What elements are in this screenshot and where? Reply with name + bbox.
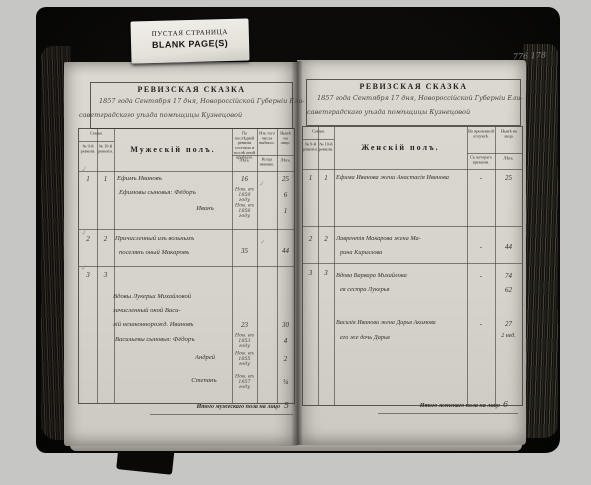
- birth-note: Нов. въ 1856 году: [233, 203, 256, 217]
- left-footer-total-label: Итого мужескаго пола на лицо: [150, 404, 280, 410]
- table-rule-horizontal: [303, 169, 522, 170]
- col-header-rev9: № 9-й ревизіи.: [303, 142, 318, 168]
- age-now: ¼: [277, 378, 294, 386]
- age-now: 44: [277, 247, 294, 255]
- age-previous: 23: [232, 321, 257, 329]
- person-name: Степанъ: [177, 377, 231, 385]
- person-name: его же дочь Дарья: [340, 334, 467, 341]
- age-now: 6: [277, 191, 294, 199]
- right-header-box: РЕВИЗСКАЯ СКАЗКА 1857 года Сентября 17 д…: [306, 79, 521, 126]
- birth-note: Нов. въ 1853 году: [233, 333, 256, 347]
- age-now: 62: [495, 286, 522, 294]
- person-name: поселянъ оный Макаровъ: [119, 249, 231, 257]
- col-header-away-since: Съ котораго времени.: [467, 155, 495, 169]
- family-no-10: 3: [97, 271, 114, 279]
- table-rule-horizontal: [303, 263, 522, 264]
- age-now: 25: [277, 175, 294, 183]
- col-header-prev-years: Лѣта.: [232, 158, 257, 170]
- family-no-9: 2: [303, 235, 318, 243]
- pencil-check-mark: ✓: [260, 238, 266, 246]
- person-name: зачисленный оной Васи-: [113, 307, 231, 315]
- family-no-9: 1: [79, 175, 97, 183]
- person-name: Вдовы Лукерьи Михайловой: [113, 293, 231, 301]
- table-rule-horizontal: [303, 226, 522, 227]
- col-header-rev10: № 10-й ревизіи.: [318, 142, 334, 168]
- right-page-title: РЕВИЗСКАЯ СКАЗКА: [307, 82, 520, 91]
- age-now: 2 нед.: [495, 333, 522, 340]
- col-header-now-present: Нынѣ на лицо.: [278, 131, 293, 155]
- table-rule-horizontal: [79, 229, 294, 230]
- age-previous: 16: [232, 175, 257, 183]
- right-subtitle-line1: 1857 года Сентября 17 дня, Новороссійско…: [317, 94, 523, 102]
- left-header-box: РЕВИЗСКАЯ СКАЗКА 1857 года Сентября 17 д…: [90, 82, 293, 129]
- col-header-male: Мужескій полъ.: [114, 129, 232, 171]
- left-page-title: РЕВИЗСКАЯ СКАЗКА: [91, 85, 292, 94]
- age-now: 4: [277, 337, 294, 345]
- col-header-departed-when: Когда именно.: [257, 157, 277, 171]
- birth-note: Нов. въ 1850 году: [233, 187, 256, 201]
- age-now: 30: [277, 321, 294, 329]
- family-no-9: 1: [303, 174, 318, 182]
- col-header-departed: Изъ того числа выбыло.: [258, 131, 276, 155]
- table-rule-horizontal: [79, 171, 294, 172]
- left-table-male: Семьи. № 9-й ревизіи. № 10-й ревизіи. Му…: [78, 128, 295, 404]
- col-header-away: Во временной отлучкѣ.: [468, 129, 494, 153]
- person-name: Ефимъ Ивановъ: [117, 175, 231, 183]
- col-header-now-present: Нынѣ на лицо.: [496, 129, 522, 153]
- footer-rule: [150, 414, 293, 415]
- table-rule-horizontal: [79, 266, 294, 267]
- book-page-edge-right: [523, 44, 558, 438]
- family-no-10: 2: [318, 235, 334, 243]
- family-no-9: 3: [303, 269, 318, 277]
- away-mark: -: [467, 272, 495, 280]
- pencil-check-mark: ✓: [80, 164, 88, 174]
- person-name: Иванъ: [179, 205, 231, 213]
- col-header-family: Семьи.: [79, 131, 114, 141]
- family-no-10: 2: [97, 235, 114, 243]
- archive-photo-canvas: ПУСТАЯ СТРАНИЦА BLANK PAGE(S) 776 178 РЕ…: [0, 0, 591, 485]
- person-name: Вдова Варвара Михайлова: [336, 272, 467, 279]
- person-name: Лаврентія Макарова жена Ма-: [336, 235, 467, 242]
- family-no-10: 1: [318, 174, 334, 182]
- person-name: Ефима Иванова жена Анастасія Иванова: [336, 174, 467, 181]
- away-mark: -: [467, 243, 495, 251]
- right-subtitle-line2: саветградскаго уѣзда помѣщицы Кузнецовой: [307, 108, 470, 116]
- birth-note: Нов. въ 1857 году: [233, 374, 256, 388]
- col-header-now-years: Лѣта.: [277, 158, 294, 170]
- table-rule-horizontal: [303, 139, 334, 140]
- away-mark: -: [467, 320, 495, 328]
- age-now: 1: [277, 207, 294, 215]
- person-name: рина Кириллова: [340, 249, 467, 256]
- person-name: лій незаконнорожд. Ивановъ: [113, 321, 231, 329]
- left-subtitle-line1: 1857 года Сентября 17 дня, Новороссійско…: [99, 97, 305, 105]
- table-rule-horizontal: [79, 141, 114, 142]
- left-subtitle-line2: саветградскаго уѣзда помѣщицы Кузнецовой: [79, 111, 242, 119]
- age-previous: 35: [232, 247, 257, 255]
- col-header-female: Женскій полъ.: [334, 127, 467, 169]
- pencil-check-mark: ✓: [259, 180, 265, 188]
- col-header-now-years: Лѣта.: [495, 156, 522, 168]
- right-footer-total-label: Итого женскаго пола на лицо: [378, 403, 500, 409]
- left-footer-total-value: 5: [284, 401, 296, 410]
- pencil-check-mark: ✓: [81, 263, 89, 273]
- person-name: Ефимовы сыновья: Фёдоръ: [119, 189, 231, 197]
- person-name: Причисленный изъ вольныхъ: [115, 235, 231, 243]
- right-footer-total-value: 6: [503, 400, 515, 409]
- col-header-family: Семьи.: [303, 129, 334, 139]
- family-no-10: 3: [318, 269, 334, 277]
- right-table-female: Семьи. № 9-й ревизіи. № 10-й ревизіи. Же…: [302, 126, 523, 406]
- person-name: ея сестра Лукерья: [340, 286, 467, 293]
- col-header-prev-revision: По послѣдней ревизіи состояло и послѣ он…: [233, 131, 256, 155]
- person-name: Васильевы сыновья: Фёдоръ: [115, 336, 231, 344]
- away-mark: -: [467, 174, 495, 182]
- birth-note: Нов. въ 1855 году: [233, 351, 256, 365]
- age-now: 74: [495, 272, 522, 280]
- age-now: 2: [277, 355, 294, 363]
- blank-page-label-en: BLANK PAGE(S): [131, 37, 249, 50]
- blank-page-label: ПУСТАЯ СТРАНИЦА BLANK PAGE(S): [130, 18, 249, 63]
- person-name: Василія Иванова жена Дарья Акимова: [336, 320, 467, 327]
- age-now: 27: [495, 320, 522, 328]
- age-now: 25: [495, 174, 522, 182]
- footer-rule: [378, 413, 518, 414]
- blank-page-label-ru: ПУСТАЯ СТРАНИЦА: [131, 27, 249, 38]
- age-now: 44: [495, 243, 522, 251]
- family-no-10: 1: [97, 175, 114, 183]
- col-header-rev10: № 10-й ревизіи.: [97, 144, 114, 170]
- person-name: Андрей: [179, 354, 231, 362]
